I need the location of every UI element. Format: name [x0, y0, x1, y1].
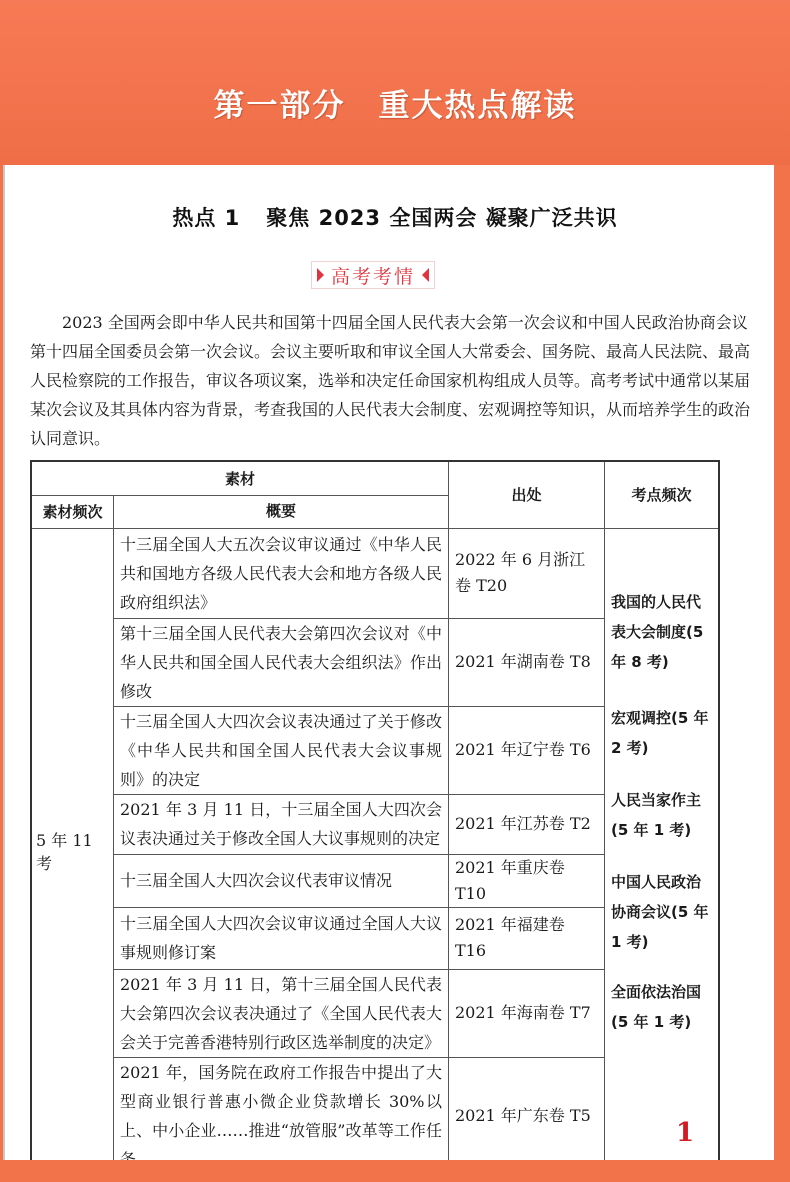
- triangle-right-icon: [317, 268, 324, 282]
- summary-cell: 2021 年 3 月 11 日，第十三届全国人民代表大会第四次会议表决通过了《全…: [114, 969, 449, 1057]
- point-item: 全面依法治国(5 年 1 考): [611, 977, 712, 1037]
- header-material: 素材: [31, 461, 449, 495]
- badge-label: 高考考情: [331, 262, 415, 289]
- point-frequency-cell: 我国的人民代表大会制度(5 年 8 考) 宏观调控(5 年 2 考) 人民当家作…: [605, 528, 720, 1175]
- part-title: 第一部分 重大热点解读: [0, 80, 790, 125]
- hot-topic-title: 热点 1聚焦 2023 全国两会 凝聚广泛共识: [0, 202, 790, 232]
- summary-cell: 2021 年 3 月 11 日，十三届全国人大四次会议表决通过关于修改全国人大议…: [114, 794, 449, 854]
- source-cell: 2021 年广东卷 T5: [449, 1057, 605, 1175]
- triangle-left-icon: [422, 268, 429, 282]
- intro-paragraph: 2023 全国两会即中华人民共和国第十四届全国人民代表大会第一次会议和中国人民政…: [30, 308, 758, 453]
- summary-cell: 十三届全国人大四次会议代表审议情况: [114, 854, 449, 907]
- header-summary: 概要: [114, 495, 449, 528]
- intro-text: 2023 全国两会即中华人民共和国第十四届全国人民代表大会第一次会议和中国人民政…: [58, 308, 758, 453]
- exam-situation-badge: 高考考情: [311, 261, 435, 289]
- summary-cell: 十三届全国人大四次会议表决通过了关于修改《中华人民共和国全国人民代表大会议事规则…: [114, 706, 449, 794]
- header-frequency: 素材频次: [31, 495, 114, 528]
- source-cell: 2021 年辽宁卷 T6: [449, 706, 605, 794]
- summary-cell: 第十三届全国人民代表大会第四次会议对《中华人民共和国全国人民代表大会组织法》作出…: [114, 618, 449, 706]
- hot-topic-label: 热点 1: [172, 206, 240, 230]
- header-source: 出处: [449, 461, 605, 528]
- page-number: 1: [676, 1118, 694, 1148]
- material-frequency-cell: 5 年 11 考: [31, 528, 114, 1175]
- point-item: 人民当家作主(5 年 1 考): [611, 785, 712, 845]
- summary-cell: 2021 年，国务院在政府工作报告中提出了大型商业银行普惠小微企业贷款增长 30…: [114, 1057, 449, 1175]
- bottom-banner: [0, 1160, 790, 1182]
- source-cell: 2022 年 6 月浙江卷 T20: [449, 528, 605, 618]
- source-cell: 2021 年福建卷 T16: [449, 907, 605, 969]
- summary-cell: 十三届全国人大五次会议审议通过《中华人民共和国地方各级人民代表大会和地方各级人民…: [114, 528, 449, 618]
- point-item: 我国的人民代表大会制度(5 年 8 考): [611, 587, 712, 677]
- hot-topic-heading: 聚焦 2023 全国两会 凝聚广泛共识: [266, 206, 617, 230]
- header-point-frequency: 考点频次: [605, 461, 720, 528]
- source-cell: 2021 年重庆卷 T10: [449, 854, 605, 907]
- source-cell: 2021 年海南卷 T7: [449, 969, 605, 1057]
- point-item: 中国人民政治协商会议(5 年 1 考): [611, 867, 712, 957]
- summary-cell: 十三届全国人大四次会议审议通过全国人大议事规则修订案: [114, 907, 449, 969]
- point-item: 宏观调控(5 年 2 考): [611, 703, 712, 763]
- table-header-row: 素材 出处 考点频次: [31, 461, 719, 495]
- source-cell: 2021 年湖南卷 T8: [449, 618, 605, 706]
- source-cell: 2021 年江苏卷 T2: [449, 794, 605, 854]
- exam-material-table: 素材 出处 考点频次 素材频次 概要 5 年 11 考 十三届全国人大五次会议审…: [30, 460, 720, 1176]
- table-row: 5 年 11 考 十三届全国人大五次会议审议通过《中华人民共和国地方各级人民代表…: [31, 528, 719, 618]
